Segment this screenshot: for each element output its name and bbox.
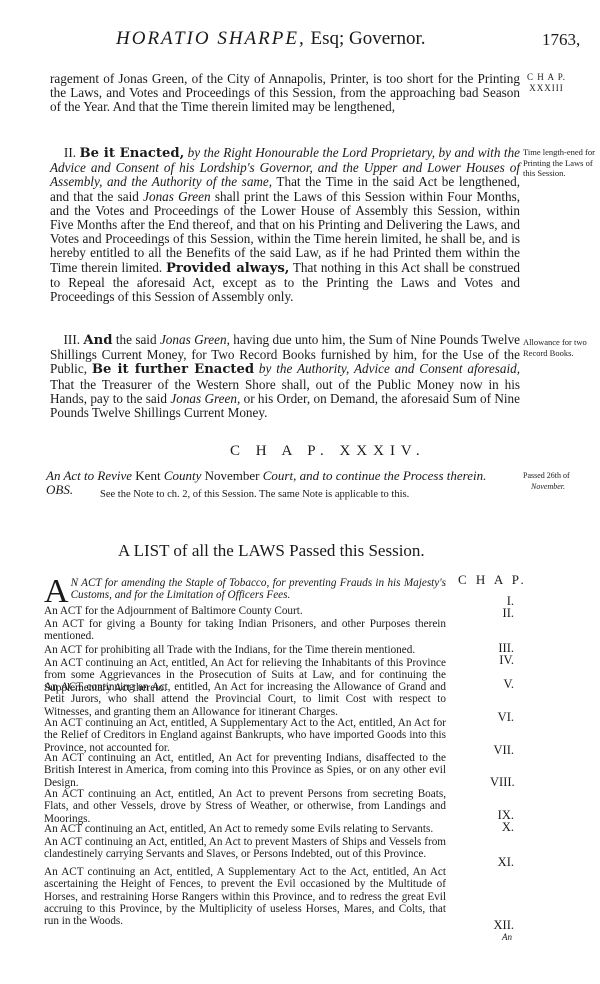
authority-clause: by the Authority, Advice and Consent afo… (254, 361, 520, 376)
person-name: Jonas Green (170, 391, 237, 406)
list-item: An ACT for giving a Bounty for taking In… (44, 618, 446, 643)
enacting-clause: Be it Enacted, (80, 146, 185, 161)
chap-number: V. (490, 677, 514, 692)
paragraph-section-3: III. And the said Jonas Green, having du… (50, 333, 520, 420)
list-item: An ACT for the Adjournment of Baltimore … (44, 605, 446, 617)
passed-month: November. (523, 482, 595, 493)
paragraph-continuation: ragement of Jonas Green, of the City of … (50, 72, 520, 115)
enacting-clause: Be it further Enacted (92, 362, 254, 377)
margin-note-time-lengthened: Time length-ened for Printing the Laws o… (523, 147, 595, 179)
person-name: Jonas Green (160, 332, 227, 347)
text-run: County (164, 468, 202, 483)
editorial-note: See the Note to ch. 2, of this Session. … (100, 489, 409, 500)
list-item: AN ACT for amending the Staple of Tobacc… (44, 577, 446, 606)
section-number: III. (64, 332, 80, 347)
chap-number: IV. (490, 653, 514, 668)
margin-note-passed: Passed 26th of November. (523, 471, 595, 492)
paragraph-section-2: II. Be it Enacted, by the Right Honourab… (50, 146, 520, 304)
list-item: An ACT continuing an Act, entitled, An A… (44, 823, 446, 835)
list-title: A LIST of all the LAWS Passed this Sessi… (118, 541, 425, 561)
list-item: An ACT continuing an Act, entitled, A Su… (44, 717, 446, 754)
text-run: the said (112, 332, 160, 347)
list-item: An ACT continuing an Act, entitled, An A… (44, 681, 446, 718)
drop-cap: A (44, 578, 69, 606)
section-number: II. (64, 145, 76, 160)
catchword: An (502, 932, 512, 942)
running-head: HORATIO SHARPE, Esq; Governor. (116, 28, 426, 50)
running-head-rest: Esq; Governor. (306, 28, 426, 49)
text-run: An Act to Revive (46, 468, 132, 483)
page-year: 1763, (542, 30, 580, 50)
passed-date: Passed 26th of (523, 471, 595, 482)
law-title: N ACT for amending the Staple of Tobacco… (71, 577, 446, 601)
text-run: Kent (132, 468, 164, 483)
chap-number: VI. (490, 710, 514, 725)
chap-tag-label: C H A P. (527, 72, 566, 83)
list-item: An ACT continuing an Act, entitled, An A… (44, 752, 446, 789)
list-item: An ACT continuing an Act, entitled, An A… (44, 836, 446, 861)
chap-number: VIII. (490, 775, 514, 790)
chap-number: XII. (490, 918, 514, 933)
text-run: November (201, 468, 262, 483)
chap-tag-number: XXXIII (527, 83, 566, 94)
list-item: An ACT continuing an Act, entitled, An A… (44, 788, 446, 825)
person-name: Jonas Green (143, 189, 210, 204)
chap-column-heading: C H A P. (458, 572, 527, 588)
chapter-heading: C H A P. XXXIV. (230, 443, 426, 460)
chap-number: X. (490, 820, 514, 835)
list-item: An ACT continuing an Act, entitled, A Su… (44, 866, 446, 927)
running-head-name: HORATIO SHARPE, (116, 28, 306, 49)
enacting-clause: And (83, 333, 112, 348)
chap-number: XI. (490, 855, 514, 870)
chap-number: II. (490, 606, 514, 621)
list-item: An ACT for prohibiting all Trade with th… (44, 644, 446, 656)
margin-chap-tag: C H A P. XXXIII (527, 72, 566, 94)
margin-note-allowance: Allowance for two Record Books. (523, 337, 595, 358)
chap-number: VII. (490, 743, 514, 758)
proviso-clause: Provided always, (166, 261, 289, 276)
